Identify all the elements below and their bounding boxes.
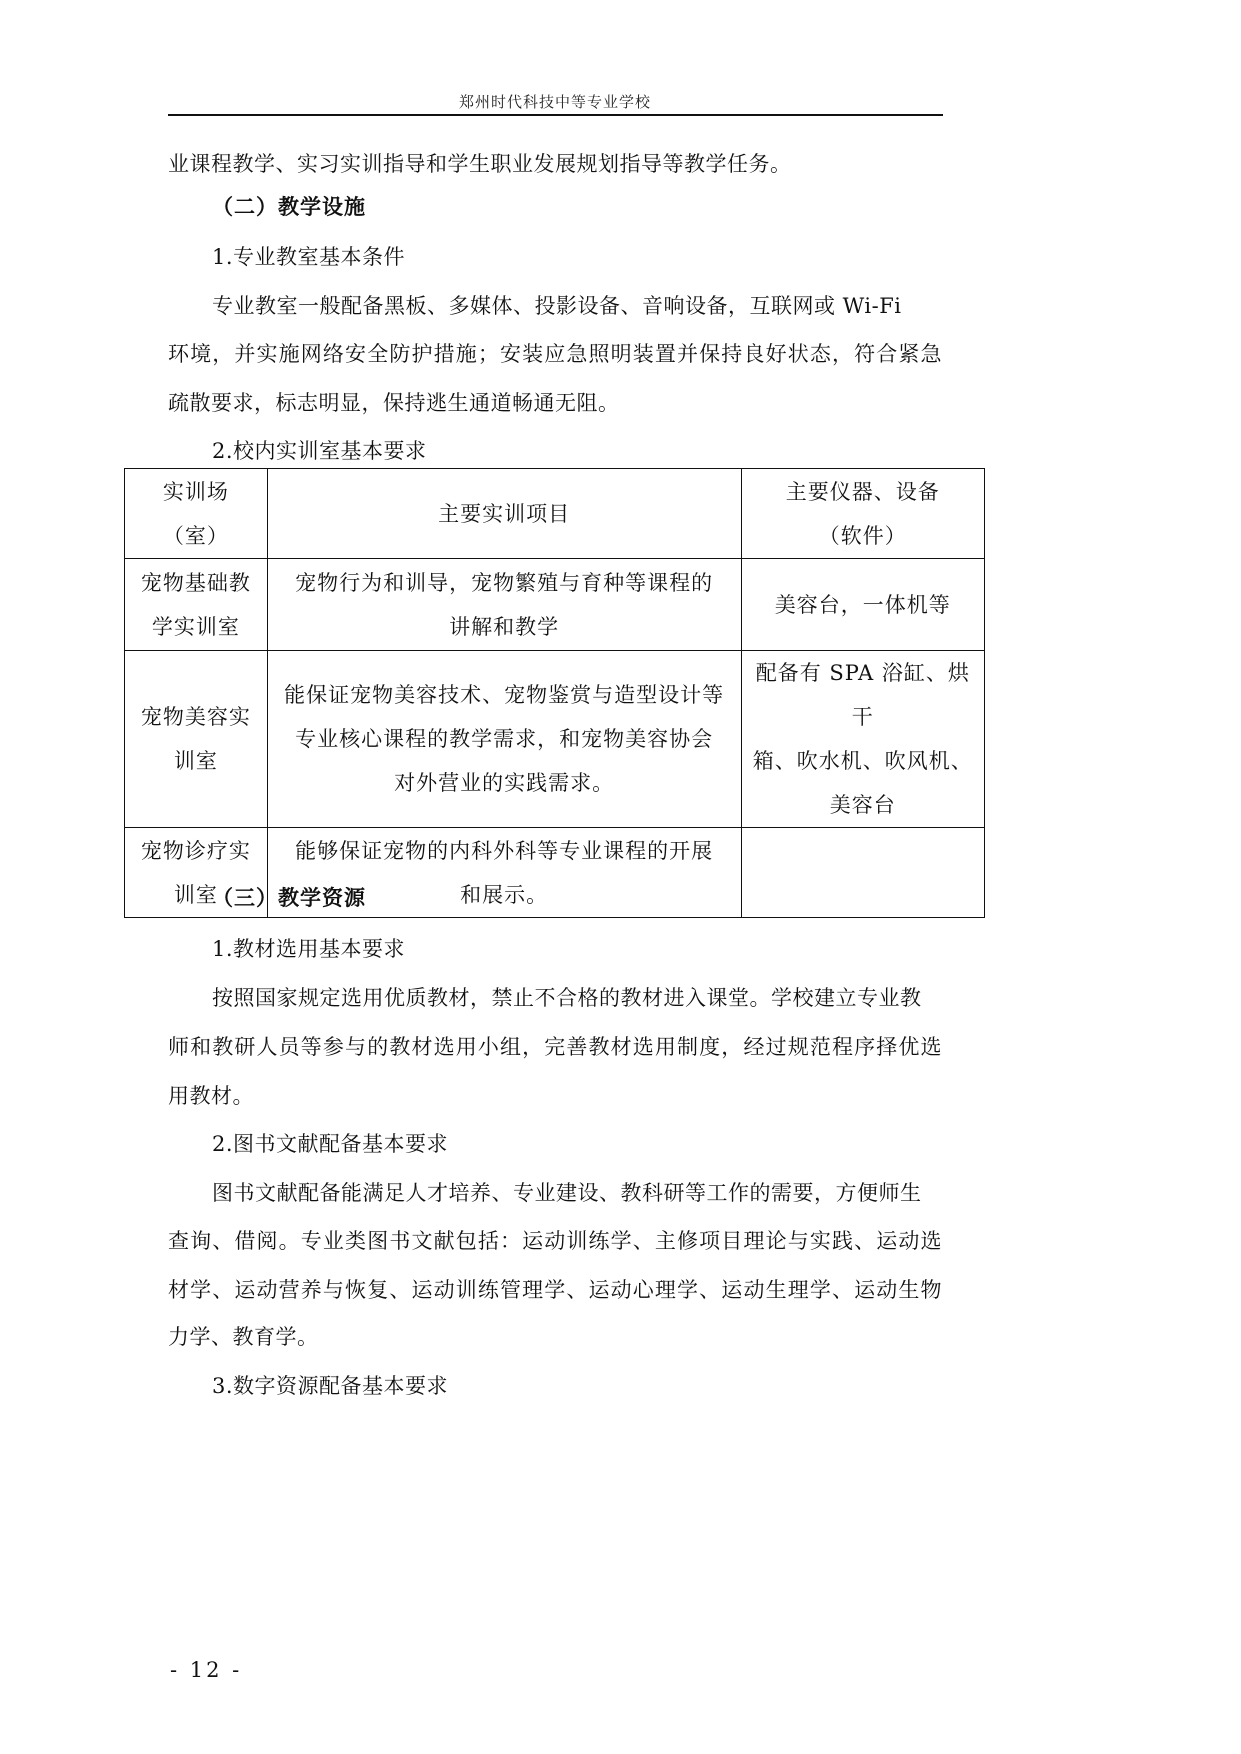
table-cell-projects: 能保证宠物美容技术、宠物鉴赏与造型设计等 专业核心课程的教学需求，和宠物美容协会…: [267, 651, 741, 828]
table-row: 宠物基础教 学实训室 宠物行为和训导，宠物繁殖与育种等课程的 讲解和教学 美容台…: [125, 559, 985, 651]
subheading-textbooks: 1.教材选用基本要求: [212, 935, 405, 963]
table-cell-equipment: 美容台，一体机等: [741, 559, 984, 651]
section-heading-facilities: （二）教学设施: [212, 193, 366, 221]
table-header-projects: 主要实训项目: [267, 469, 741, 559]
continued-paragraph: 业课程教学、实习实训指导和学生职业发展规划指导等教学任务。: [168, 150, 792, 178]
table-cell-equipment: 配备有 SPA 浴缸、烘干 箱、吹水机、吹风机、 美容台: [741, 651, 984, 828]
table-cell-equipment: [741, 828, 984, 918]
paragraph-library-line-4: 力学、教育学。: [168, 1323, 319, 1351]
paragraph-library-line-3: 材学、运动营养与恢复、运动训练管理学、运动心理学、运动生理学、运动生物: [168, 1276, 942, 1304]
page-number: - 12 -: [170, 1658, 242, 1682]
paragraph-library-line-1: 图书文献配备能满足人才培养、专业建设、教科研等工作的需要，方便师生: [212, 1179, 922, 1207]
paragraph-classroom-line-3: 疏散要求，标志明显，保持逃生通道畅通无阻。: [168, 389, 620, 417]
table-header-room: 实训场 （室）: [125, 469, 268, 559]
subheading-digital-resources: 3.数字资源配备基本要求: [212, 1372, 448, 1400]
paragraph-library-line-2: 查询、借阅。专业类图书文献包括：运动训练学、主修项目理论与实践、运动选: [168, 1227, 942, 1255]
paragraph-classroom-line-2: 环境，并实施网络安全防护措施；安装应急照明装置并保持良好状态，符合紧急: [168, 340, 942, 368]
page-header: 郑州时代科技中等专业学校: [168, 91, 942, 112]
table-cell-room: 宠物基础教 学实训室: [125, 559, 268, 651]
table-cell-projects: 宠物行为和训导，宠物繁殖与育种等课程的 讲解和教学: [267, 559, 741, 651]
table-header-row: 实训场 （室） 主要实训项目 主要仪器、设备 （软件）: [125, 469, 985, 559]
paragraph-classroom-line-1: 专业教室一般配备黑板、多媒体、投影设备、音响设备，互联网或 Wi-Fi: [212, 292, 902, 320]
table-cell-room: 宠物美容实 训室: [125, 651, 268, 828]
table-row: 宠物美容实 训室 能保证宠物美容技术、宠物鉴赏与造型设计等 专业核心课程的教学需…: [125, 651, 985, 828]
header-rule: [168, 114, 943, 116]
subheading-classroom: 1.专业教室基本条件: [212, 243, 405, 271]
section-heading-resources: （三）教学资源: [212, 884, 366, 912]
training-room-table: 实训场 （室） 主要实训项目 主要仪器、设备 （软件） 宠物基础教 学实训室 宠…: [124, 468, 985, 918]
paragraph-textbooks-line-2: 师和教研人员等参与的教材选用小组，完善教材选用制度，经过规范程序择优选: [168, 1033, 942, 1061]
subheading-library: 2.图书文献配备基本要求: [212, 1130, 448, 1158]
paragraph-textbooks-line-3: 用教材。: [168, 1082, 254, 1110]
paragraph-textbooks-line-1: 按照国家规定选用优质教材，禁止不合格的教材进入课堂。学校建立专业教: [212, 984, 922, 1012]
subheading-training-rooms: 2.校内实训室基本要求: [212, 437, 427, 465]
table-header-equipment: 主要仪器、设备 （软件）: [741, 469, 984, 559]
